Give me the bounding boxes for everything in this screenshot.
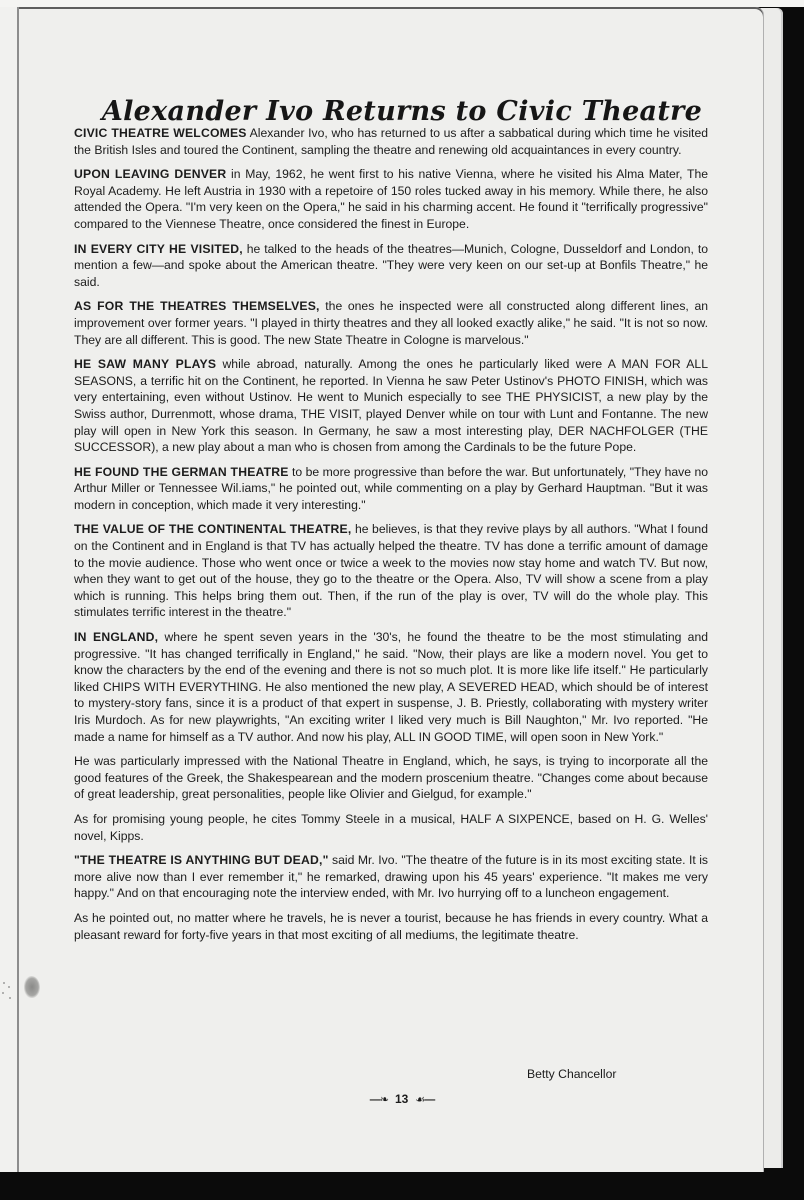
page-top-edge <box>0 0 804 7</box>
paragraph-text: while abroad, naturally. Among the ones … <box>74 357 708 454</box>
paragraph-lead-in: IN EVERY CITY HE VISITED, <box>74 242 243 256</box>
article-paragraph: As for promising young people, he cites … <box>74 811 708 844</box>
paragraph-text: As for promising young people, he cites … <box>74 812 708 843</box>
author-byline: Betty Chancellor <box>527 1067 616 1081</box>
article-paragraph: HE FOUND THE GERMAN THEATRE to be more p… <box>74 464 708 514</box>
paragraph-lead-in: UPON LEAVING DENVER <box>74 167 226 181</box>
folio-ornament-right-icon: ☙— <box>415 1094 434 1106</box>
article-paragraph: THE VALUE OF THE CONTINENTAL THEATRE, he… <box>74 521 708 621</box>
article-paragraph: AS FOR THE THEATRES THEMSELVES, the ones… <box>74 298 708 348</box>
paragraph-lead-in: HE FOUND THE GERMAN THEATRE <box>74 465 289 479</box>
paragraph-lead-in: "THE THEATRE IS ANYTHING BUT DEAD," <box>74 853 329 867</box>
article-paragraph: IN EVERY CITY HE VISITED, he talked to t… <box>74 241 708 291</box>
paragraph-text: he believes, is that they revive plays b… <box>74 522 708 619</box>
article-paragraph: As he pointed out, no matter where he tr… <box>74 910 708 943</box>
article-paragraph: CIVIC THEATRE WELCOMES Alexander Ivo, wh… <box>74 125 708 158</box>
paper-specks <box>1 980 13 1002</box>
article-body: CIVIC THEATRE WELCOMES Alexander Ivo, wh… <box>74 125 708 951</box>
paragraph-lead-in: IN ENGLAND, <box>74 630 158 644</box>
paragraph-text: where he spent seven years in the '30's,… <box>74 630 708 744</box>
article-paragraph: "THE THEATRE IS ANYTHING BUT DEAD," said… <box>74 852 708 902</box>
article-title: Alexander Ivo Returns to Civic Theatre <box>0 96 804 127</box>
folio-ornament-left-icon: —❧ <box>370 1094 388 1106</box>
page-folio: —❧13☙— <box>0 1092 804 1106</box>
next-page-edge <box>760 8 783 1168</box>
ink-stain <box>24 976 40 998</box>
paragraph-lead-in: THE VALUE OF THE CONTINENTAL THEATRE, <box>74 522 351 536</box>
article-paragraph: IN ENGLAND, where he spent seven years i… <box>74 629 708 745</box>
article-paragraph: HE SAW MANY PLAYS while abroad, naturall… <box>74 356 708 456</box>
page-number: 13 <box>395 1092 408 1106</box>
article-paragraph: UPON LEAVING DENVER in May, 1962, he wen… <box>74 166 708 232</box>
paragraph-lead-in: HE SAW MANY PLAYS <box>74 357 216 371</box>
paragraph-text: He was particularly impressed with the N… <box>74 754 708 801</box>
paragraph-lead-in: AS FOR THE THEATRES THEMSELVES, <box>74 299 320 313</box>
paragraph-lead-in: CIVIC THEATRE WELCOMES <box>74 126 247 140</box>
paragraph-text: As he pointed out, no matter where he tr… <box>74 911 708 942</box>
article-paragraph: He was particularly impressed with the N… <box>74 753 708 803</box>
